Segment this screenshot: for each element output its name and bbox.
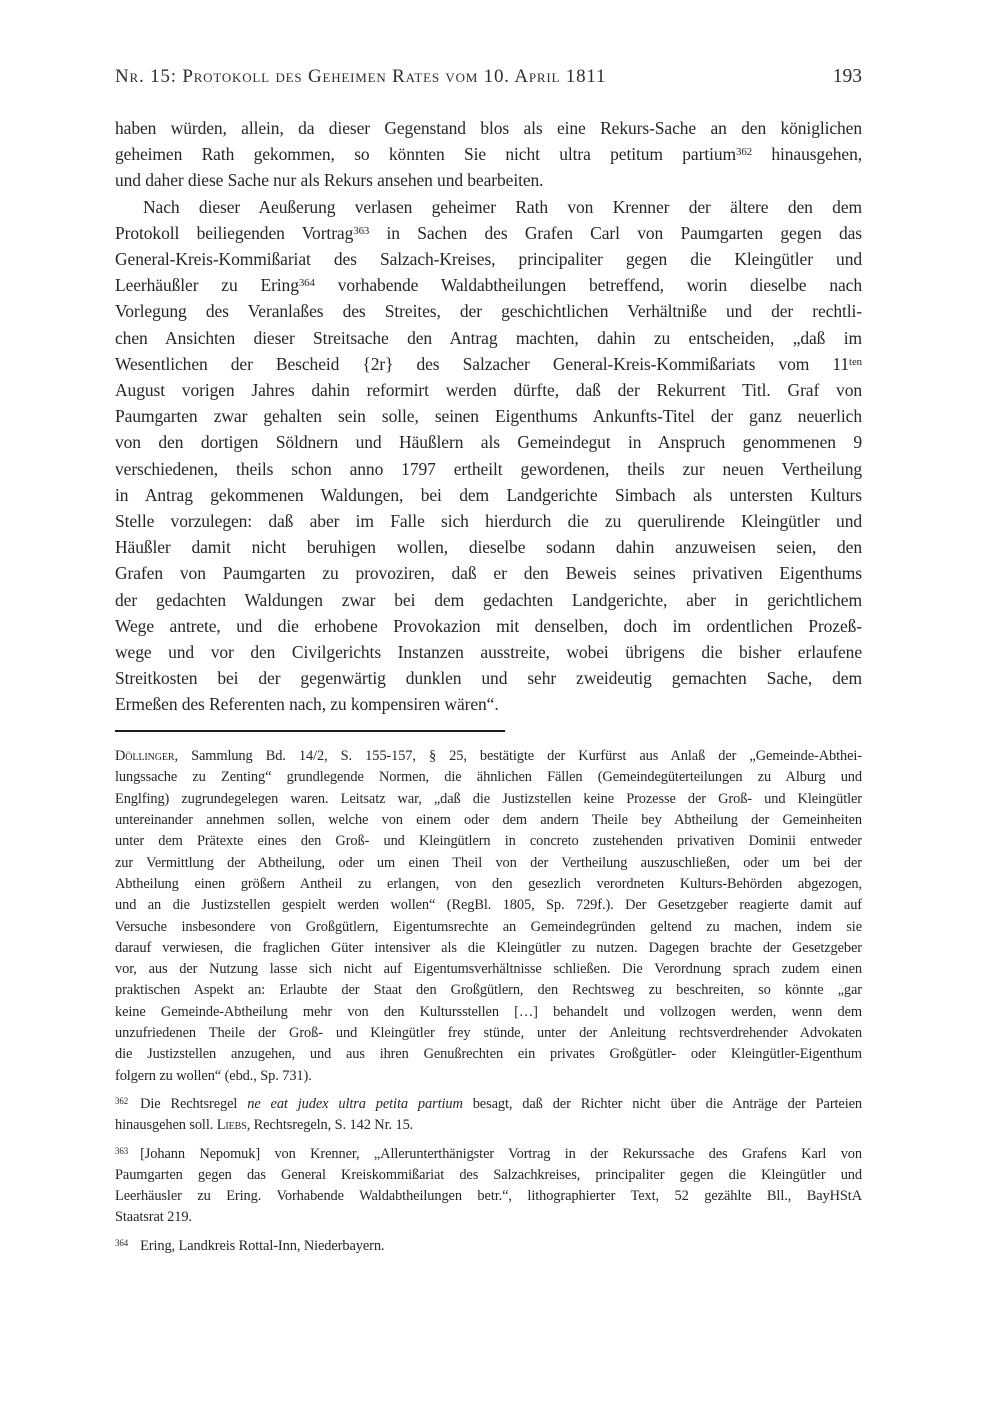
text-line: praktischen Aspekt an: Erlaubte der Staa… (115, 980, 862, 1001)
text-run: Wege antrete, und die erhobene Provokazi… (115, 616, 862, 636)
paragraph: haben würden, allein, da dieser Gegensta… (115, 115, 862, 194)
text-line: geheimen Rath gekommen, so könnten Sie n… (115, 141, 862, 167)
text-run: Nach dieser Aeußerung verlasen geheimer … (143, 197, 862, 217)
footnote-marker: 362 (115, 1096, 128, 1106)
text-run: darauf verwiesen, die fraglichen Güter i… (115, 940, 862, 956)
text-line: August vorigen Jahres dahin reformirt we… (115, 377, 862, 403)
text-run: hinausgehen, (752, 144, 862, 164)
author-name: Liebs (217, 1117, 247, 1133)
text-run: lungssache zu Zenting“ grundlegende Norm… (115, 769, 862, 785)
text-line: Grafen von Paumgarten zu provoziren, daß… (115, 560, 862, 586)
text-run: Paumgarten zwar gehalten sein solle, sei… (115, 406, 862, 426)
text-line: verschiedenen, theils schon anno 1797 er… (115, 456, 862, 482)
text-run: Streitkosten bei der gegenwärtig dunklen… (115, 668, 862, 688)
text-run: zur Vermittlung der Abtheilung, oder um … (115, 855, 862, 871)
text-line: darauf verwiesen, die fraglichen Güter i… (115, 938, 862, 959)
text-line: 362Die Rechtsregel ne eat judex ultra pe… (115, 1094, 862, 1115)
text-run: verschiedenen, theils schon anno 1797 er… (115, 459, 862, 479)
footnote-marker: 363 (353, 225, 369, 237)
text-run: , Sammlung Bd. 14/2, S. 155-157, § 25, b… (174, 748, 862, 764)
footnote-362: 362Die Rechtsregel ne eat judex ultra pe… (115, 1094, 862, 1137)
text-run: in Antrag gekommenen Waldungen, bei dem … (115, 485, 862, 505)
text-run: die Justizstellen anzugehen, und aus ihr… (115, 1046, 862, 1062)
text-line: Englfing) zugrundegelegen waren. Leitsat… (115, 789, 862, 810)
page-number: 193 (833, 66, 862, 88)
text-run: in Sachen des Grafen Carl von Paumgarten… (369, 223, 862, 243)
text-run: geheimen Rath gekommen, so könnten Sie n… (115, 144, 736, 164)
text-run: praktischen Aspekt an: Erlaubte der Staa… (115, 982, 862, 998)
text-line: 364Ering, Landkreis Rottal-Inn, Niederba… (115, 1236, 862, 1257)
text-line: untereinander annehmen sollen, welche vo… (115, 810, 862, 831)
text-run: , Rechtsregeln, S. 142 Nr. 15. (247, 1117, 413, 1133)
text-line: Paumgarten gegen das General Kreiskommiß… (115, 1165, 862, 1186)
text-line: Abtheilung einen größern Antheil zu erla… (115, 874, 862, 895)
text-run: Grafen von Paumgarten zu provoziren, daß… (115, 563, 862, 583)
text-line: hinausgehen soll. Liebs, Rechtsregeln, S… (115, 1115, 862, 1136)
footnote-marker: 364 (115, 1238, 128, 1248)
text-line: Häußler damit nicht beruhigen wollen, di… (115, 534, 862, 560)
text-run: untereinander annehmen sollen, welche vo… (115, 812, 862, 828)
text-run: haben würden, allein, da dieser Gegensta… (115, 118, 862, 138)
text-line: Leerhäusler zu Ering. Vorhabende Waldabt… (115, 1186, 862, 1207)
text-run: wege und vor den Civilgerichts Instanzen… (115, 642, 862, 662)
text-run: unter dem Prätexte eines den Groß- und K… (115, 833, 862, 849)
text-line: Leerhäußler zu Ering364 vorhabende Walda… (115, 272, 862, 298)
text-line: folgern zu wollen“ (ebd., Sp. 731). (115, 1066, 862, 1087)
text-run: Vorlegung des Veranlaßes des Streites, d… (115, 301, 862, 321)
text-line: Staatsrat 219. (115, 1207, 862, 1228)
page-header: Nr. 15: Protokoll des Geheimen Rates vom… (115, 66, 862, 88)
text-run: Ermeßen des Referenten nach, zu kompensi… (115, 694, 499, 714)
text-line: keine Gemeinde-Abtheilung mehr von den K… (115, 1002, 862, 1023)
text-line: wege und vor den Civilgerichts Instanzen… (115, 639, 862, 665)
book-page: Nr. 15: Protokoll des Geheimen Rates vom… (0, 0, 1004, 1418)
text-line: Protokoll beiliegenden Vortrag363 in Sac… (115, 220, 862, 246)
text-line: und an die Justizstellen gespielt werden… (115, 895, 862, 916)
text-run: der gedachten Waldungen zwar bei dem ged… (115, 590, 862, 610)
text-run: vorhabende Waldabtheilungen betreffend, … (315, 275, 862, 295)
text-line: Stelle vorzulegen: daß aber im Falle sic… (115, 508, 862, 534)
text-run: Versuche insbesondere von Großgütlern, E… (115, 919, 862, 935)
text-run: und an die Justizstellen gespielt werden… (115, 897, 862, 913)
text-line: in Antrag gekommenen Waldungen, bei dem … (115, 482, 862, 508)
text-run: und daher diese Sache nur als Rekurs ans… (115, 170, 543, 190)
text-line: die Justizstellen anzugehen, und aus ihr… (115, 1044, 862, 1065)
text-line: zur Vermittlung der Abtheilung, oder um … (115, 853, 862, 874)
text-run: Paumgarten gegen das General Kreiskommiß… (115, 1167, 862, 1183)
text-run: Protokoll beiliegenden Vortrag (115, 223, 353, 243)
text-run: folgern zu wollen“ (ebd., Sp. 731). (115, 1068, 312, 1084)
text-run: Abtheilung einen größern Antheil zu erla… (115, 876, 862, 892)
footnotes: Döllinger, Sammlung Bd. 14/2, S. 155-157… (115, 746, 862, 1257)
text-run: Stelle vorzulegen: daß aber im Falle sic… (115, 511, 862, 531)
author-name: Döllinger (115, 748, 174, 764)
text-line: Streitkosten bei der gegenwärtig dunklen… (115, 665, 862, 691)
footnote-marker: ten (849, 356, 862, 368)
body-text: haben würden, allein, da dieser Gegensta… (115, 115, 862, 718)
text-run: chen Ansichten dieser Streitsache den An… (115, 328, 862, 348)
text-line: Ermeßen des Referenten nach, zu kompensi… (115, 691, 862, 717)
latin-phrase: ne eat judex ultra petita partium (247, 1096, 463, 1112)
footnote-marker: 364 (299, 277, 315, 289)
text-line: vor, aus der Nutzung lasse sich nicht au… (115, 959, 862, 980)
text-line: von den dortigen Söldnern und Häußlern a… (115, 429, 862, 455)
text-line: Wesentlichen der Bescheid {2r} des Salza… (115, 351, 862, 377)
text-line: Versuche insbesondere von Großgütlern, E… (115, 917, 862, 938)
text-line: Paumgarten zwar gehalten sein solle, sei… (115, 403, 862, 429)
text-run: Leerhäußler zu Ering (115, 275, 299, 295)
text-line: General-Kreis-Kommißariat des Salzach-Kr… (115, 246, 862, 272)
footnote-separator (115, 730, 505, 733)
running-title: Nr. 15: Protokoll des Geheimen Rates vom… (115, 66, 606, 88)
text-run: Wesentlichen der Bescheid {2r} des Salza… (115, 354, 849, 374)
text-run: [Johann Nepomuk] von Krenner, „Allerunte… (140, 1146, 862, 1162)
text-run: keine Gemeinde-Abtheilung mehr von den K… (115, 1004, 862, 1020)
text-run: besagt, daß der Richter nicht über die A… (463, 1096, 862, 1112)
text-run: Die Rechtsregel (140, 1096, 247, 1112)
text-line: der gedachten Waldungen zwar bei dem ged… (115, 587, 862, 613)
text-run: General-Kreis-Kommißariat des Salzach-Kr… (115, 249, 862, 269)
text-line: chen Ansichten dieser Streitsache den An… (115, 325, 862, 351)
text-run: Staatsrat 219. (115, 1209, 192, 1225)
footnote-364: 364Ering, Landkreis Rottal-Inn, Niederba… (115, 1236, 862, 1257)
text-run: Häußler damit nicht beruhigen wollen, di… (115, 537, 862, 557)
text-run: hinausgehen soll. (115, 1117, 217, 1133)
text-line: Wege antrete, und die erhobene Provokazi… (115, 613, 862, 639)
text-run: Englfing) zugrundegelegen waren. Leitsat… (115, 791, 862, 807)
text-line: und daher diese Sache nur als Rekurs ans… (115, 167, 862, 193)
text-line: unzufriedenen Theile der Groß- und Klein… (115, 1023, 862, 1044)
text-line: 363[Johann Nepomuk] von Krenner, „Alleru… (115, 1144, 862, 1165)
text-run: Leerhäusler zu Ering. Vorhabende Waldabt… (115, 1188, 862, 1204)
footnote-continuation: Döllinger, Sammlung Bd. 14/2, S. 155-157… (115, 746, 862, 1087)
text-line: lungssache zu Zenting“ grundlegende Norm… (115, 767, 862, 788)
footnote-marker: 363 (115, 1146, 128, 1156)
text-line: haben würden, allein, da dieser Gegensta… (115, 115, 862, 141)
paragraph: Nach dieser Aeußerung verlasen geheimer … (115, 194, 862, 718)
text-run: von den dortigen Söldnern und Häußlern a… (115, 432, 862, 452)
text-run: unzufriedenen Theile der Groß- und Klein… (115, 1025, 862, 1041)
text-line: Nach dieser Aeußerung verlasen geheimer … (115, 194, 862, 220)
text-line: Vorlegung des Veranlaßes des Streites, d… (115, 298, 862, 324)
footnote-363: 363[Johann Nepomuk] von Krenner, „Alleru… (115, 1144, 862, 1229)
text-line: unter dem Prätexte eines den Groß- und K… (115, 831, 862, 852)
text-line: Döllinger, Sammlung Bd. 14/2, S. 155-157… (115, 746, 862, 767)
text-run: August vorigen Jahres dahin reformirt we… (115, 380, 862, 400)
footnote-marker: 362 (736, 146, 752, 158)
text-run: vor, aus der Nutzung lasse sich nicht au… (115, 961, 862, 977)
text-run: Ering, Landkreis Rottal-Inn, Niederbayer… (140, 1238, 384, 1254)
